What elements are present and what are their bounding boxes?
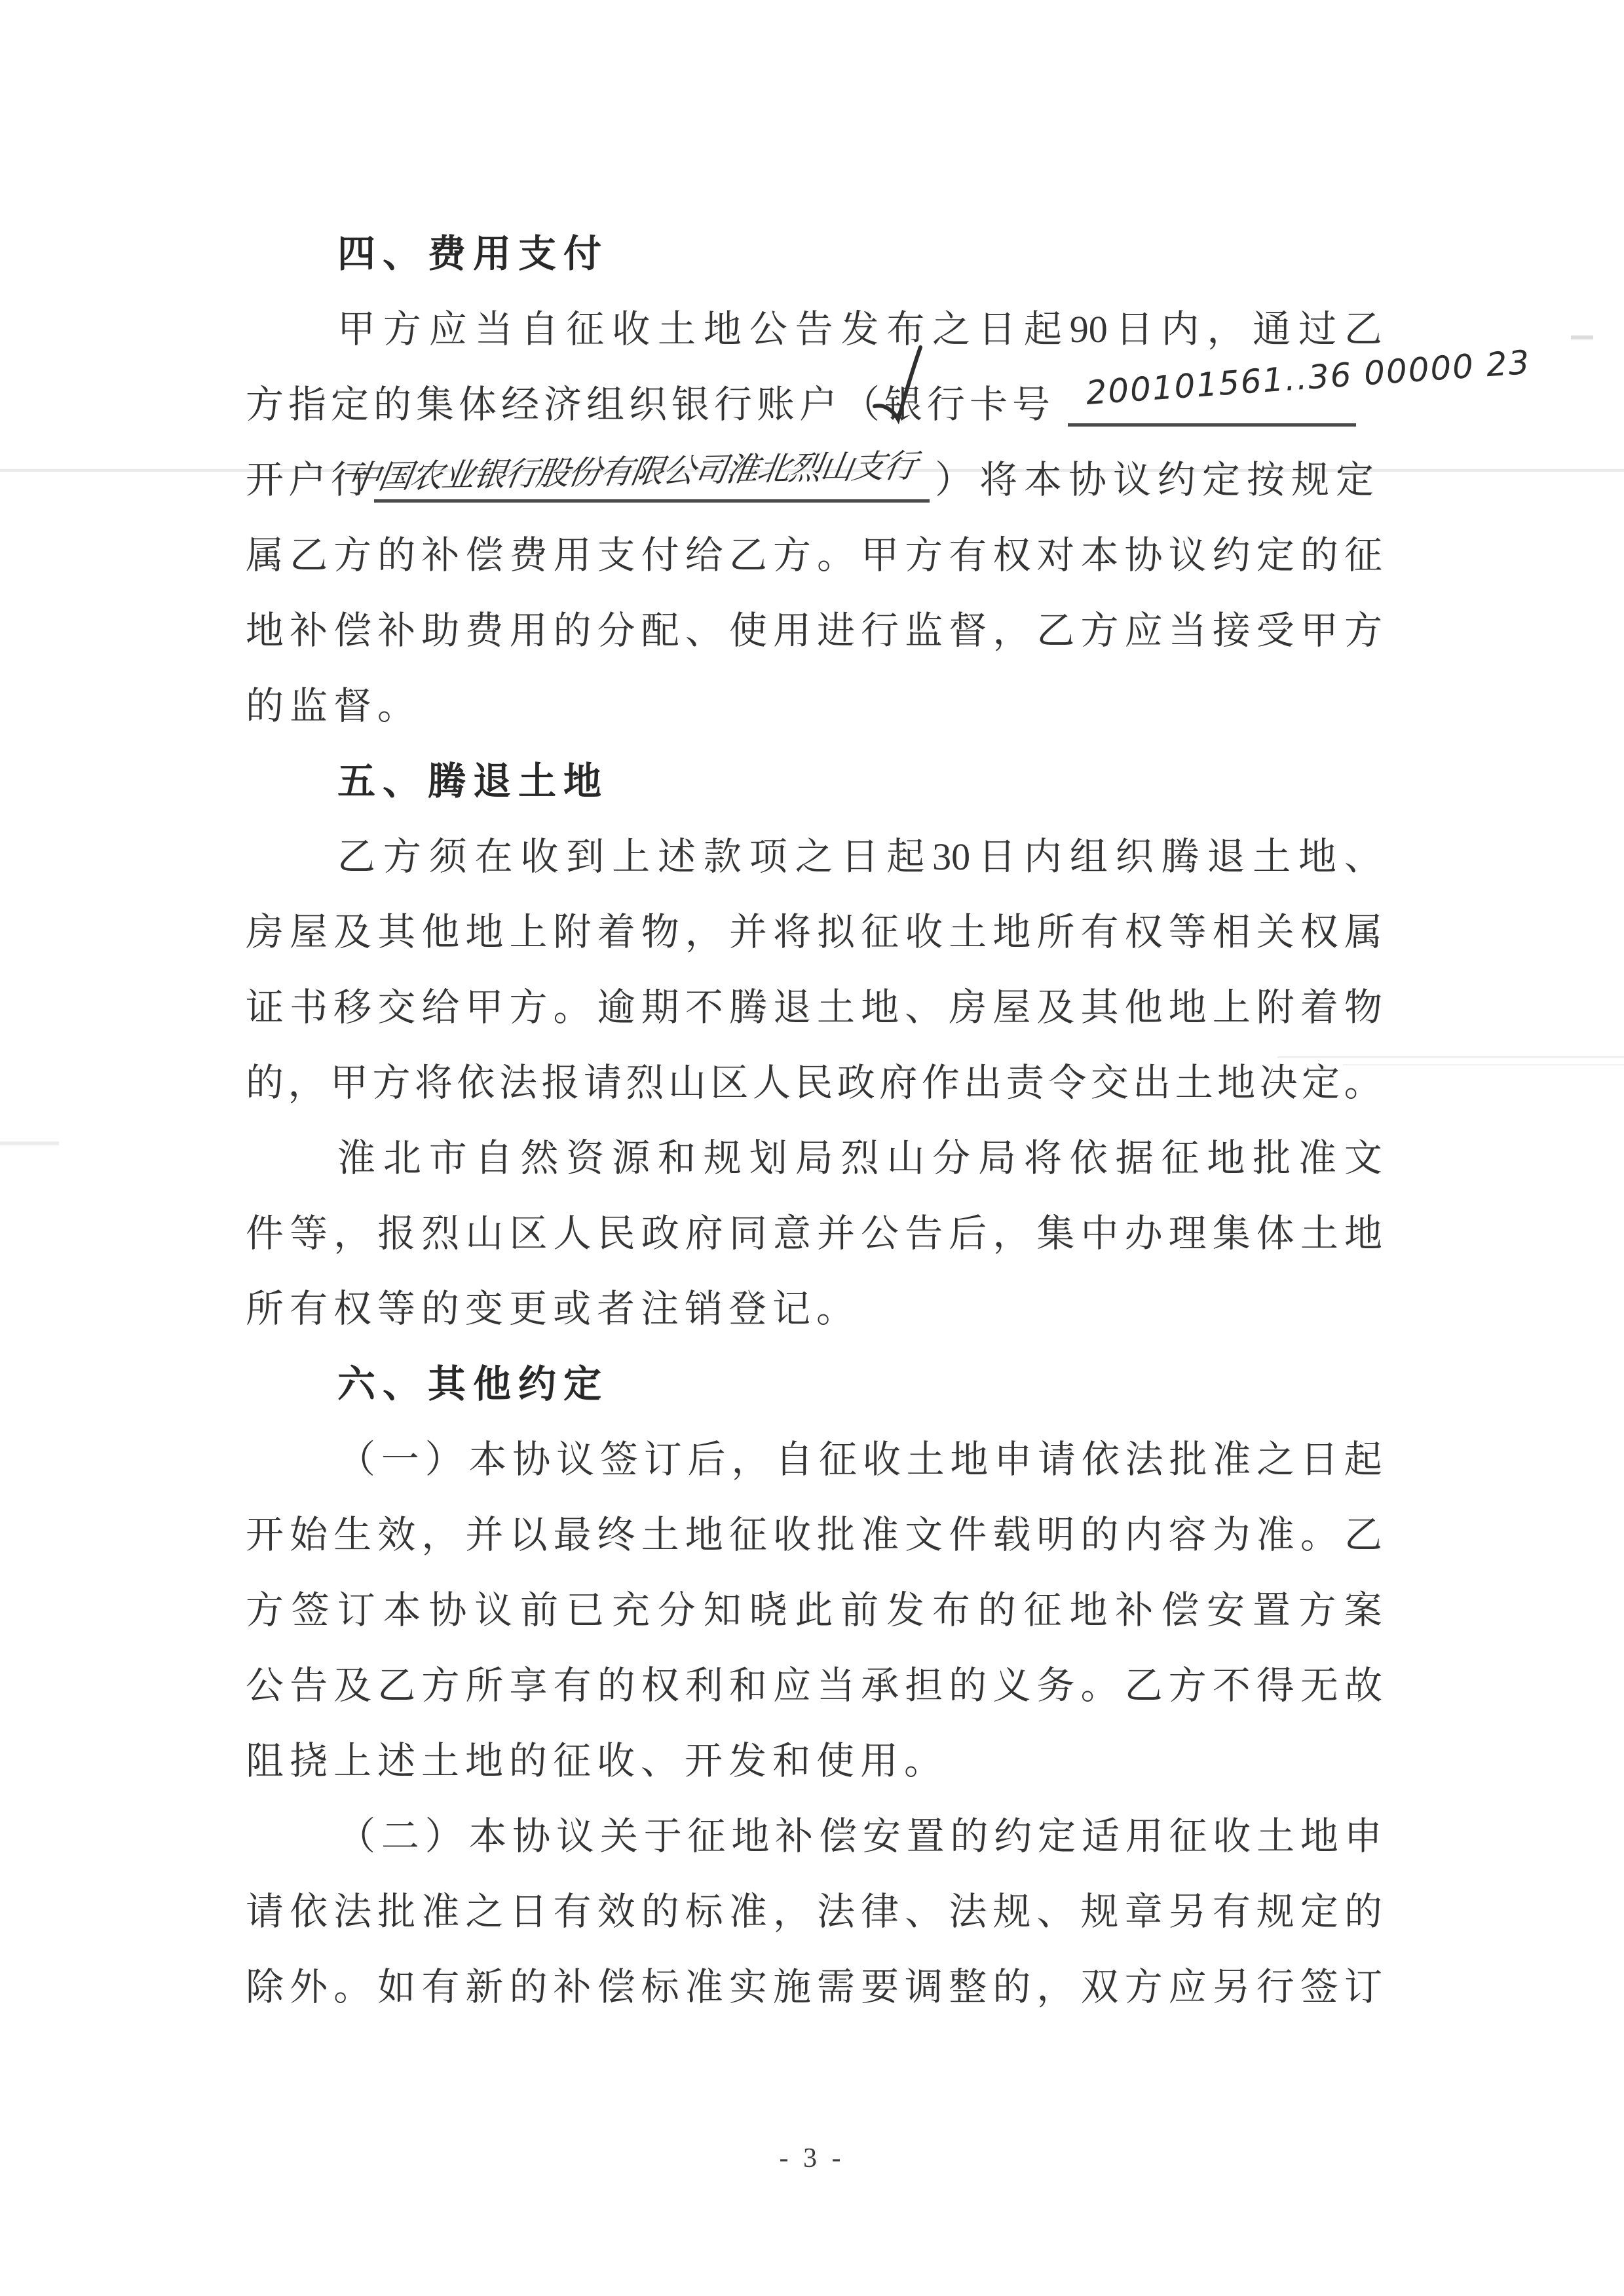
text-token: 征	[566, 307, 604, 354]
text-token: ，	[992, 1212, 1030, 1259]
text-token: 承	[861, 1664, 899, 1711]
text-token: 权	[1300, 910, 1338, 957]
text-token: 划	[749, 1136, 787, 1183]
scan-mark	[1571, 335, 1593, 339]
text-line: 乙方须在收到上述款项之日起30日内组织腾退土地、	[337, 835, 1382, 882]
text-token: 地	[704, 307, 742, 354]
text-token: 给	[685, 533, 723, 581]
text-token: 二	[381, 1814, 419, 1862]
text-token: 订	[1344, 1965, 1382, 2012]
text-token: 腾	[1161, 835, 1199, 882]
text-token: 告	[905, 1212, 943, 1259]
text-line: 甲方应当自征收土地公告发布之日起90日内，通过乙	[337, 307, 1382, 354]
text-token: 北	[383, 1136, 421, 1183]
text-token: 担	[905, 1664, 943, 1711]
text-line: 淮北市自然资源和规划局烈山分局将依据征地批准文	[337, 1136, 1382, 1183]
text-line: 所有权等的变更或者注销登记。	[246, 1287, 1382, 1334]
text-token: 土	[1256, 1814, 1294, 1862]
text-token: 及	[333, 910, 371, 957]
text-token: 乙	[1125, 1664, 1163, 1711]
text-token: 责	[1006, 1061, 1044, 1108]
text-token: 的	[246, 1061, 284, 1108]
text-token: 决	[1260, 1061, 1298, 1108]
text-line: 开始生效，并以最终土地征收批准文件载明的内容为准。乙	[246, 1513, 1382, 1560]
text-token: 受	[1256, 609, 1294, 656]
text-token: 法	[333, 1890, 371, 1937]
text-token: 的	[978, 1588, 1016, 1636]
text-token: 土	[949, 910, 987, 957]
text-token: 定	[1302, 1061, 1340, 1108]
text-token: 有	[1213, 1890, 1251, 1937]
text-token: 、	[1036, 1890, 1074, 1937]
text-token: 付	[641, 533, 679, 581]
text-token: 土	[658, 307, 696, 354]
text-token: 将	[773, 910, 811, 957]
text-token: 地	[861, 985, 899, 1033]
text-token: 应	[1125, 609, 1163, 656]
text-token: 议	[1169, 533, 1207, 581]
text-token: 、	[905, 1890, 943, 1937]
text-token: 接	[1213, 609, 1251, 656]
text-token: 资	[566, 1136, 604, 1183]
text-token: 申	[994, 1438, 1032, 1485]
text-token: 之	[1256, 1438, 1294, 1485]
text-token: 监	[905, 609, 943, 656]
text-line: 的监督。	[246, 684, 1382, 731]
text-token: 日	[840, 835, 878, 882]
text-token: 的	[597, 1664, 635, 1711]
text-token: 不	[1213, 1664, 1251, 1711]
text-token: 日	[978, 835, 1016, 882]
text-token: 并	[729, 910, 767, 957]
text-token: 请	[1038, 1438, 1076, 1485]
text-token: 补	[554, 1965, 592, 2012]
text-token: 规	[704, 1136, 742, 1183]
text-token: 方	[1169, 1664, 1207, 1711]
text-token: 依	[457, 1061, 495, 1108]
text-token: 收	[520, 835, 558, 882]
text-token: 议	[474, 1588, 512, 1636]
text-token: 土	[1300, 1212, 1338, 1259]
text-token: 报	[377, 1212, 415, 1259]
text-token: 进	[817, 609, 855, 656]
text-token: 使	[729, 609, 767, 656]
text-token: 施	[773, 1965, 811, 2012]
text-token: 区	[509, 1212, 547, 1259]
bank-name-suffix-label: ）将本协议约定按规定	[935, 458, 1380, 503]
text-token: 地	[465, 910, 503, 957]
text-token: 定	[1256, 533, 1294, 581]
text-token: 作	[922, 1061, 960, 1108]
text-token: 补	[290, 609, 328, 656]
text-token: 地	[246, 609, 284, 656]
text-token: 所	[465, 1664, 503, 1711]
text-token: ）	[425, 1438, 463, 1485]
text-token: 签	[600, 1438, 638, 1485]
text-token: 退	[773, 985, 811, 1033]
text-token: 应	[773, 1664, 811, 1711]
text-token: 准	[861, 1513, 899, 1560]
text-token: 批	[1169, 1438, 1207, 1485]
text-token: 过	[1298, 307, 1336, 354]
text-token: 偿	[333, 609, 371, 656]
text-token: 体	[1256, 1212, 1294, 1259]
text-token: 内	[1024, 835, 1062, 882]
text-token: 证	[246, 985, 284, 1033]
text-token: 府	[685, 1212, 723, 1259]
text-token: ）	[425, 1814, 463, 1862]
text-token: 律	[861, 1890, 899, 1937]
text-token: （	[337, 1814, 375, 1862]
text-token: 本	[468, 1438, 506, 1485]
text-token: 土	[1253, 835, 1291, 882]
text-token: 乙	[1036, 609, 1074, 656]
text-token: 乙	[1344, 1513, 1382, 1560]
text-token: 交	[377, 985, 415, 1033]
text-token: 收	[1213, 1814, 1251, 1862]
text-token: 。	[817, 533, 855, 581]
text-token: 请	[246, 1890, 284, 1937]
text-token: 地	[1300, 1814, 1338, 1862]
bank-name-line: 开户行中国农业银行股份有限公司淮北烈山支行）将本协议约定按规定	[246, 458, 1621, 505]
text-token: 告	[795, 307, 833, 354]
text-token: 收	[773, 1513, 811, 1560]
text-token: 需	[817, 1965, 855, 2012]
text-token: 适	[1082, 1814, 1120, 1862]
text-token: 方	[383, 835, 421, 882]
text-token: 征	[729, 1513, 767, 1560]
text-token: 规	[1256, 1890, 1294, 1937]
text-token: 补	[421, 533, 459, 581]
text-token: （	[337, 1438, 375, 1485]
text-token: 地	[1207, 1136, 1245, 1183]
text-token: 属	[1344, 910, 1382, 957]
text-token: 此	[795, 1588, 833, 1636]
text-line: 请依法批准之日有效的标准，法律、法规、规章另有规定的	[246, 1890, 1382, 1937]
text-token: 议	[556, 1814, 594, 1862]
text-token: 。	[333, 1965, 371, 2012]
text-token: 甲	[861, 533, 899, 581]
text-line: 房屋及其他地上附着物，并将拟征收土地所有权等相关权属	[246, 910, 1382, 957]
text-token: 补	[377, 609, 415, 656]
text-token: ，	[333, 1212, 371, 1259]
text-token: 知	[704, 1588, 742, 1636]
text-token: 公	[749, 307, 787, 354]
text-token: 补	[775, 1814, 813, 1862]
text-token: 。	[1300, 1513, 1338, 1560]
text-token: 他	[1125, 985, 1163, 1033]
text-token: ，	[992, 609, 1030, 656]
text-token: 始	[290, 1513, 328, 1560]
text-token: 协	[512, 1438, 550, 1485]
text-token: 收	[612, 307, 650, 354]
text-token: 的	[1080, 1513, 1118, 1560]
text-token: 权	[1125, 910, 1163, 957]
text-token: 据	[1116, 1136, 1154, 1183]
text-token: 的	[641, 1890, 679, 1937]
text-token: 补	[1115, 1588, 1153, 1636]
section-heading: 六、其他约定	[337, 1362, 1474, 1409]
text-token: ，	[1207, 307, 1245, 354]
text-token: 当	[817, 1664, 855, 1711]
bank-card-line: 方指定的集体经济组织银行账户（银行卡号200101561..36 00000 2…	[246, 383, 1621, 430]
text-token: 约	[1213, 533, 1251, 581]
text-token: 效	[597, 1890, 635, 1937]
text-token: 书	[290, 985, 328, 1033]
text-token: 准	[729, 1890, 767, 1937]
text-token: 内	[1125, 1513, 1163, 1560]
text-token: 到	[566, 835, 604, 882]
text-token: 法	[949, 1890, 987, 1937]
text-token: 费	[465, 609, 503, 656]
text-token: 关	[600, 1814, 638, 1862]
text-token: 烈	[421, 1212, 459, 1259]
text-token: 上	[1213, 985, 1251, 1033]
text-token: 开	[246, 1513, 284, 1560]
text-token: 发	[886, 1588, 924, 1636]
text-token: 地	[731, 1814, 769, 1862]
text-token: 配	[641, 609, 679, 656]
text-token: 方	[1080, 609, 1118, 656]
text-token: 外	[290, 1965, 328, 2012]
text-token: 须	[429, 835, 467, 882]
text-token: 房	[246, 910, 284, 957]
text-token: 征	[688, 1814, 726, 1862]
text-token: 用	[509, 609, 547, 656]
text-token: 其	[1080, 985, 1118, 1033]
text-token: 拟	[817, 910, 855, 957]
text-token: 准	[1213, 1438, 1251, 1485]
text-token: 效	[377, 1513, 415, 1560]
text-token: 之	[795, 835, 833, 882]
text-token: 法	[817, 1890, 855, 1937]
text-token: 织	[1116, 835, 1154, 882]
text-token: 出	[964, 1061, 1002, 1108]
text-token: 协	[428, 1588, 466, 1636]
text-line: 的，甲方将依法报请烈山区人民政府作出责令交出土地决定。	[246, 1061, 1382, 1108]
text-token: 征	[1024, 1588, 1062, 1636]
text-token: 期	[641, 985, 679, 1033]
text-token: 前	[520, 1588, 558, 1636]
text-token: 用	[1125, 1814, 1163, 1862]
text-token: 双	[1080, 1965, 1118, 2012]
text-token: 案	[1344, 1588, 1382, 1636]
text-token: 收	[905, 910, 943, 957]
text-token: 政	[837, 1061, 875, 1108]
text-token: 并	[817, 1212, 855, 1259]
text-token: 方	[1125, 1965, 1163, 2012]
text-token: 有	[421, 1965, 459, 2012]
page-number: - 3 -	[0, 2143, 1624, 2174]
text-token: 批	[1253, 1136, 1291, 1183]
text-token: 人	[554, 1212, 592, 1259]
text-token: 征	[1344, 533, 1382, 581]
text-token: 后	[949, 1212, 987, 1259]
text-token: 地	[1217, 1061, 1255, 1108]
text-token: 乙	[1344, 307, 1382, 354]
text-token: 的	[554, 609, 592, 656]
text-token: 要	[861, 1965, 899, 2012]
text-token: 新	[465, 1965, 503, 2012]
handwritten-bank-name: 中国农业银行股份有限公司淮北烈山支行	[344, 444, 919, 500]
text-token: 准	[1256, 1513, 1294, 1560]
text-token: 行	[861, 609, 899, 656]
text-token: 件	[949, 1513, 987, 1560]
text-token: 约	[994, 1814, 1032, 1862]
text-token: 起	[1024, 307, 1062, 354]
text-token: 安	[863, 1814, 901, 1862]
text-token: 乙	[377, 1664, 415, 1711]
text-token: 晓	[749, 1588, 787, 1636]
text-token: 生	[333, 1513, 371, 1560]
text-token: 批	[377, 1890, 415, 1937]
text-token: 督	[949, 609, 987, 656]
text-token: 方	[372, 1061, 410, 1108]
text-token: 公	[246, 1664, 284, 1711]
text-token: 市	[429, 1136, 467, 1183]
text-token: ，	[731, 1438, 769, 1485]
text-token: 自	[475, 1136, 513, 1183]
text-token: 。	[554, 985, 592, 1033]
text-token: 的	[377, 533, 415, 581]
text-token: 其	[377, 910, 415, 957]
text-token: 章	[1125, 1890, 1163, 1937]
text-token: 日	[978, 307, 1016, 354]
text-token: 偿	[1161, 1588, 1199, 1636]
text-token: 享	[509, 1664, 547, 1711]
text-token: 安	[1207, 1588, 1245, 1636]
text-token: 调	[905, 1965, 943, 2012]
text-token: 屋	[290, 910, 328, 957]
text-token: 乙	[290, 533, 328, 581]
text-token: 所	[1036, 910, 1074, 957]
text-token: 山	[465, 1212, 503, 1259]
text-token: 在	[475, 835, 513, 882]
text-token: 交	[1091, 1061, 1129, 1108]
text-token: 和	[729, 1664, 767, 1711]
text-token: 协	[1125, 533, 1163, 581]
text-token: 规	[1080, 1890, 1118, 1937]
text-token: 30	[932, 835, 970, 882]
text-token: 整	[949, 1965, 987, 2012]
text-token: 属	[246, 533, 284, 581]
text-token: 订	[337, 1588, 375, 1636]
text-token: 地	[992, 910, 1030, 957]
text-token: 的	[992, 1965, 1030, 2012]
text-token: 、	[685, 609, 723, 656]
blank-underline	[374, 499, 930, 503]
text-token: 甲	[1300, 609, 1338, 656]
text-token: 令	[1048, 1061, 1086, 1108]
text-token: 自	[520, 307, 558, 354]
text-token: 山	[886, 1136, 924, 1183]
text-token: 退	[1207, 835, 1245, 882]
text-token: 征	[1169, 1814, 1207, 1862]
text-token: 支	[597, 533, 635, 581]
text-token: 。	[1080, 1664, 1118, 1711]
text-token: 另	[1169, 1890, 1207, 1937]
text-token: 签	[292, 1588, 330, 1636]
text-token: 90	[1070, 307, 1108, 354]
text-token: 的	[1344, 1890, 1382, 1937]
text-token: 关	[1256, 910, 1294, 957]
text-token: 等	[290, 1212, 328, 1259]
text-token: 组	[1070, 835, 1108, 882]
text-token: 内	[1161, 307, 1199, 354]
text-line: 阻挠上述土地的征收、开发和使用。	[246, 1739, 1382, 1786]
text-token: 房	[949, 985, 987, 1033]
text-token: 土	[907, 1438, 945, 1485]
text-token: 置	[1253, 1588, 1291, 1636]
text-token: 集	[1036, 1212, 1074, 1259]
text-token: 前	[840, 1588, 878, 1636]
text-token: 议	[556, 1438, 594, 1485]
text-token: 民	[597, 1212, 635, 1259]
text-token: 办	[1125, 1212, 1163, 1259]
text-token: 标	[641, 1965, 679, 2012]
text-token: 述	[658, 835, 696, 882]
text-token: 载	[992, 1513, 1030, 1560]
text-token: ，	[421, 1513, 459, 1560]
text-token: 订	[644, 1438, 682, 1485]
text-token: 本	[1080, 533, 1118, 581]
text-token: 方	[246, 1588, 284, 1636]
text-token: 地	[1069, 1588, 1107, 1636]
text-token: 烈	[840, 1136, 878, 1183]
text-token: 移	[333, 985, 371, 1033]
text-token: 同	[729, 1212, 767, 1259]
text-token: 当	[1169, 609, 1207, 656]
text-token: 分	[597, 609, 635, 656]
text-token: 方	[1298, 1588, 1336, 1636]
text-token: 定	[1300, 1890, 1338, 1937]
text-token: 有	[949, 533, 987, 581]
text-token: 之	[465, 1890, 503, 1937]
text-token: 款	[704, 835, 742, 882]
text-token: 依	[1082, 1438, 1120, 1485]
text-token: 甲	[330, 1061, 368, 1108]
text-token: 等	[1169, 910, 1207, 957]
text-token: 着	[1300, 985, 1338, 1033]
text-token: 助	[421, 609, 459, 656]
text-token: 依	[1070, 1136, 1108, 1183]
text-token: 附	[554, 910, 592, 957]
text-token: 定	[1038, 1814, 1076, 1862]
text-token: 及	[333, 1664, 371, 1711]
scan-streak	[1277, 1056, 1624, 1058]
text-line: 证书移交给甲方。逾期不腾退土地、房屋及其他地上附着物	[246, 985, 1382, 1033]
text-token: 的	[1300, 533, 1338, 581]
text-token: 府	[879, 1061, 917, 1108]
text-line: 除外。如有新的补偿标准实施需要调整的，双方应另行签订	[246, 1965, 1382, 2012]
text-token: 、	[905, 985, 943, 1033]
text-token: ，	[685, 910, 723, 957]
text-token: 偿	[819, 1814, 857, 1862]
text-token: 通	[1253, 307, 1291, 354]
text-token: 有	[1080, 910, 1118, 957]
text-token: 理	[1169, 1212, 1207, 1259]
text-token: 规	[992, 1890, 1030, 1937]
text-token: 集	[1213, 1212, 1251, 1259]
text-token: 以	[509, 1513, 547, 1560]
text-token: 用	[554, 533, 592, 581]
text-token: 腾	[729, 985, 767, 1033]
scan-streak	[1343, 1064, 1624, 1065]
text-token: 偿	[597, 1965, 635, 2012]
text-token: 得	[1256, 1664, 1294, 1711]
checkmark-icon	[867, 345, 932, 430]
blank-underline	[1068, 423, 1356, 427]
